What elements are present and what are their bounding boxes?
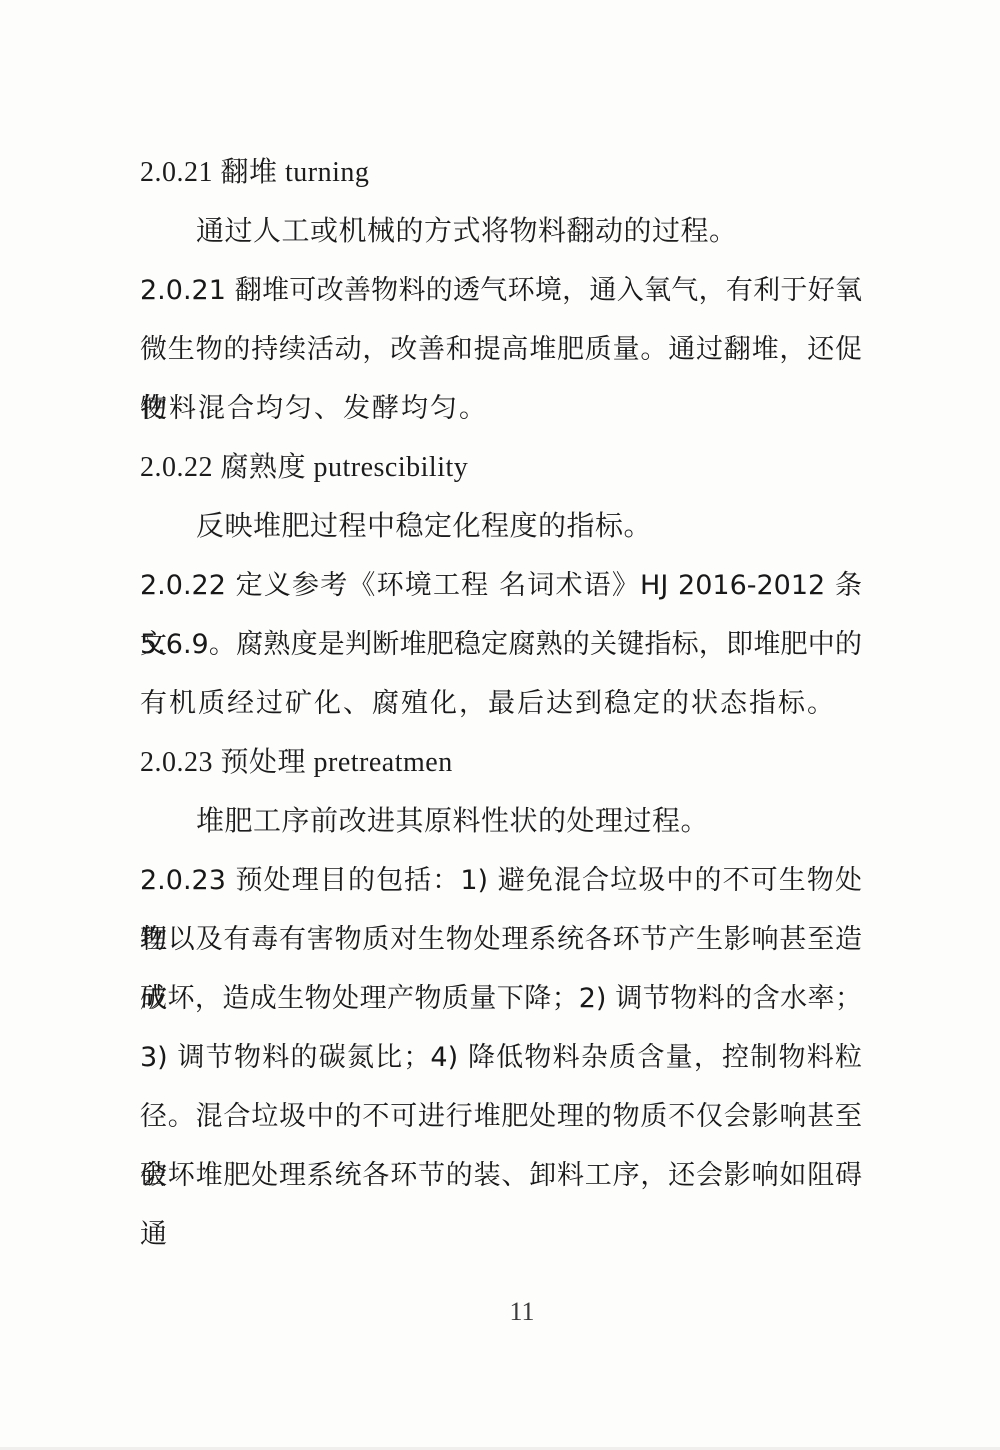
definition-2-0-21: 通过人工或机械的方式将物料翻动的过程。: [140, 202, 862, 261]
note-line: 微生物的持续活动，改善和提高堆肥质量。通过翻堆，还促使: [140, 320, 862, 379]
note-line: 物以及有毒有害物质对生物处理系统各环节产生影响甚至造成: [140, 910, 862, 969]
note-line: 3) 调节物料的碳氮比；4) 降低物料杂质含量，控制物料粒: [140, 1028, 862, 1087]
page-content: 2.0.21 翻堆 turning 通过人工或机械的方式将物料翻动的过程。 2.…: [140, 143, 862, 1205]
document-page: 2.0.21 翻堆 turning 通过人工或机械的方式将物料翻动的过程。 2.…: [0, 0, 1000, 1450]
note-line: 2.0.22 定义参考《环境工程 名词术语》HJ 2016-2012 条文: [140, 556, 862, 615]
definition-2-0-23: 堆肥工序前改进其原料性状的处理过程。: [140, 792, 862, 851]
note-line: 5.6.9。腐熟度是判断堆肥稳定腐熟的关键指标，即堆肥中的: [140, 615, 862, 674]
section-heading-2-0-21: 2.0.21 翻堆 turning: [140, 143, 862, 202]
note-line: 有机质经过矿化、腐殖化，最后达到稳定的状态指标。: [140, 674, 862, 733]
note-line: 2.0.21 翻堆可改善物料的透气环境，通入氧气，有利于好氧: [140, 261, 862, 320]
note-line: 破坏堆肥处理系统各环节的装、卸料工序，还会影响如阻碍通: [140, 1146, 862, 1205]
note-line: 破坏，造成生物处理产物质量下降；2) 调节物料的含水率；: [140, 969, 862, 1028]
note-line: 物料混合均匀、发酵均匀。: [140, 379, 862, 438]
note-line: 径。混合垃圾中的不可进行堆肥处理的物质不仅会影响甚至会: [140, 1087, 862, 1146]
page-number: 11: [22, 1282, 1000, 1341]
note-line: 2.0.23 预处理目的包括：1) 避免混合垃圾中的不可生物处理: [140, 851, 862, 910]
section-heading-2-0-22: 2.0.22 腐熟度 putrescibility: [140, 438, 862, 497]
section-heading-2-0-23: 2.0.23 预处理 pretreatmen: [140, 733, 862, 792]
definition-2-0-22: 反映堆肥过程中稳定化程度的指标。: [140, 497, 862, 556]
